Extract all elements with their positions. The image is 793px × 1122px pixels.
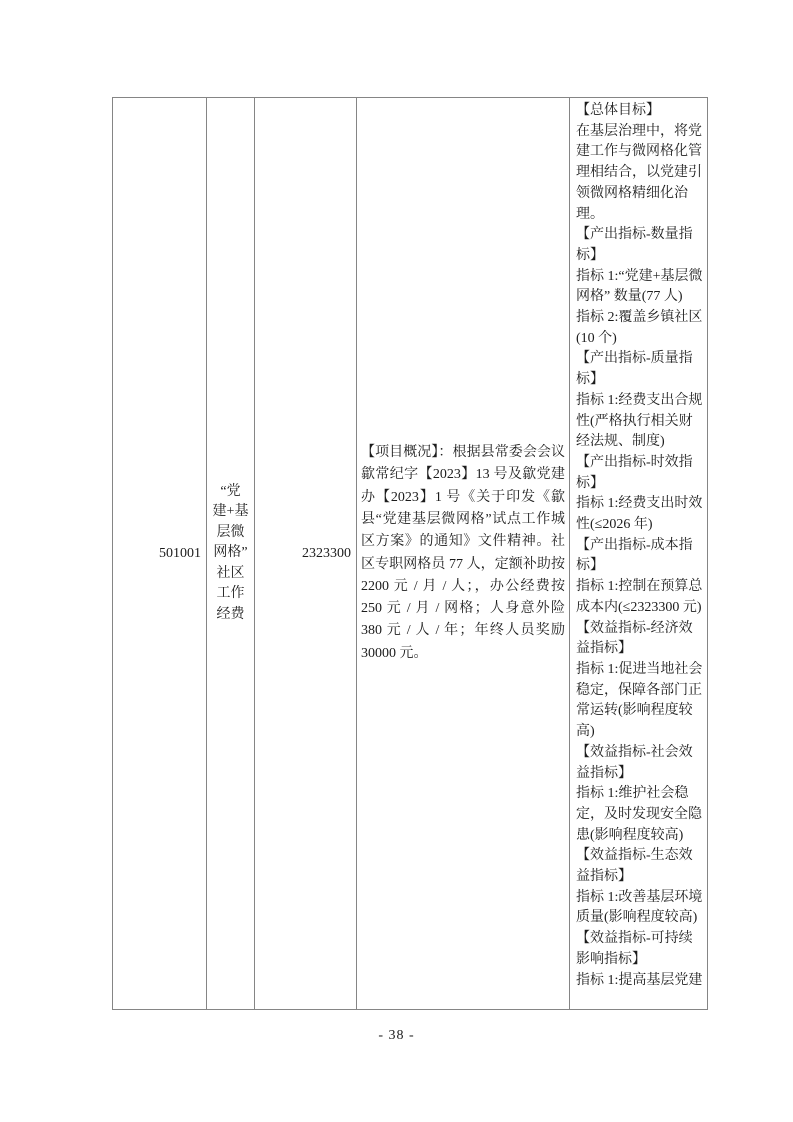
indicator-line: 指标 1:经费支出合规性(严格执行相关财经法规、制度) xyxy=(576,391,703,453)
project-name-line: 经费 xyxy=(217,605,245,626)
project-amount-cell: 2323300 xyxy=(255,98,357,1009)
indicator-line: 在基层治理中，将党建工作与微网格化管理相结合，以党建引领微网格精细化治理。 xyxy=(576,122,703,226)
indicator-line: 【效益指标-社会效益指标】 xyxy=(576,743,703,784)
project-name-line: 建+基 xyxy=(213,502,249,523)
indicator-line: 指标 2:覆盖乡镇社区(10 个) xyxy=(576,308,703,349)
project-table: 501001 “党 建+基 层微 网格” 社区 工作 经费 2323300 【项… xyxy=(112,97,708,1010)
page-number: - 38 - xyxy=(0,1028,793,1044)
project-name-line: 网格” xyxy=(213,543,247,564)
project-name-line: 工作 xyxy=(217,584,245,605)
project-name-line: 社区 xyxy=(217,564,245,585)
indicator-line: 指标 1:“党建+基层微网格” 数量(77 人) xyxy=(576,267,703,308)
project-amount-value: 2323300 xyxy=(302,546,351,562)
indicator-line: 【产出指标-质量指标】 xyxy=(576,349,703,390)
indicator-line: 指标 1:维护社会稳定，及时发现安全隐患(影响程度较高) xyxy=(576,784,703,846)
project-name-line: 层微 xyxy=(217,523,245,544)
indicator-line: 【效益指标-生态效益指标】 xyxy=(576,846,703,887)
indicator-line: 【效益指标-经济效益指标】 xyxy=(576,619,703,660)
indicator-line: 【产出指标-时效指标】 xyxy=(576,453,703,494)
project-code-value: 501001 xyxy=(159,546,201,562)
project-name-cell: “党 建+基 层微 网格” 社区 工作 经费 xyxy=(207,98,255,1009)
indicator-line: 【产出指标-数量指标】 xyxy=(576,225,703,266)
indicator-line: 指标 1:经费支出时效性(≤2026 年) xyxy=(576,494,703,535)
project-overview-text: 【项目概况】：根据县常委会会议歙常纪字【2023】13 号及歙党建办【2023】… xyxy=(361,442,565,665)
project-name-line: “党 xyxy=(220,482,240,503)
indicator-line: 【效益指标-可持续影响指标】 xyxy=(576,929,703,970)
project-overview-cell: 【项目概况】：根据县常委会会议歙常纪字【2023】13 号及歙党建办【2023】… xyxy=(357,98,570,1009)
indicator-line: 指标 1:提高基层党建 xyxy=(576,971,703,992)
indicator-line: 【总体目标】 xyxy=(576,101,703,122)
indicator-line: 【产出指标-成本指标】 xyxy=(576,536,703,577)
indicator-line: 指标 1:促进当地社会稳定，保障各部门正常运转(影响程度较高) xyxy=(576,660,703,743)
project-code-cell: 501001 xyxy=(113,98,207,1009)
document-page: 501001 “党 建+基 层微 网格” 社区 工作 经费 2323300 【项… xyxy=(0,0,793,1122)
indicator-line: 指标 1:改善基层环境质量(影响程度较高) xyxy=(576,888,703,929)
indicator-line: 指标 1:控制在预算总成本内(≤2323300 元) xyxy=(576,577,703,618)
performance-indicators-cell: 【总体目标】 在基层治理中，将党建工作与微网格化管理相结合，以党建引领微网格精细… xyxy=(570,98,707,1009)
